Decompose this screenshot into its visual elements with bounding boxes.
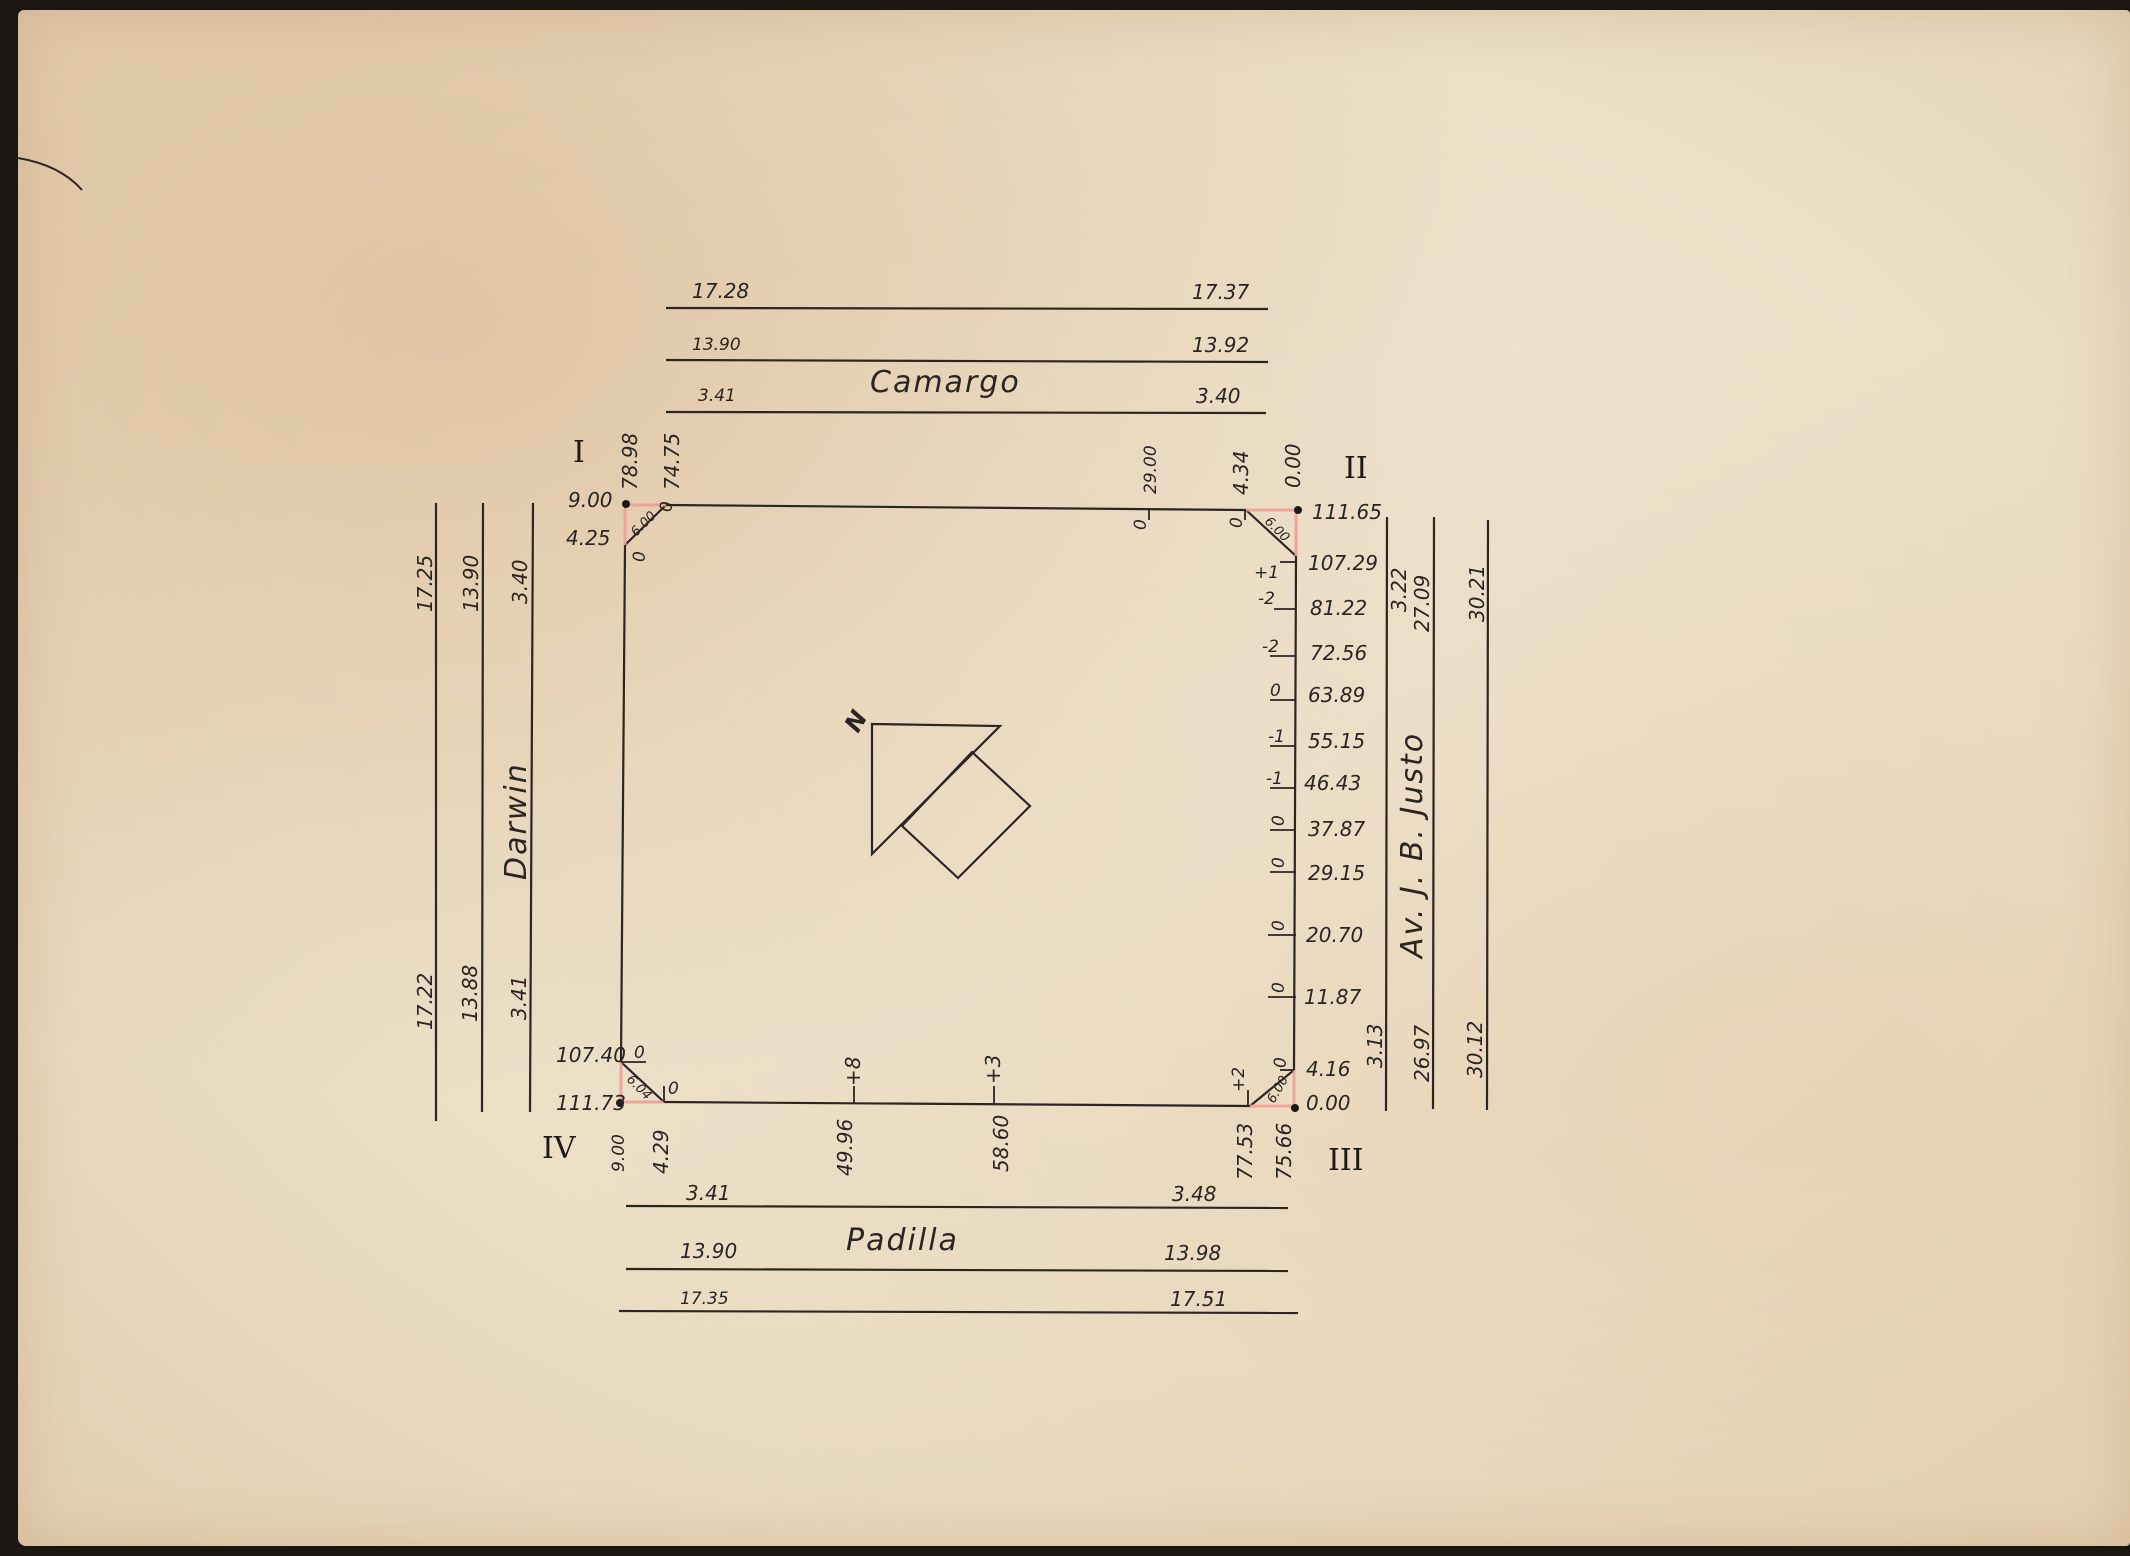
measure-label: 30.12 <box>1463 1021 1487 1078</box>
corner-label: IV <box>542 1131 577 1166</box>
north-arrow: N <box>839 706 1030 878</box>
offset-distance: 37.87 <box>1308 817 1366 841</box>
offset-value: 0 <box>1270 681 1281 701</box>
offset-value: -2 <box>1258 589 1275 609</box>
chamfer-label: 6.00 <box>1264 1073 1291 1106</box>
north-label: N <box>839 706 873 737</box>
corner-label: I <box>573 435 585 470</box>
measure-label: 3.41 <box>686 1181 731 1205</box>
tick-label: 0 <box>668 1079 679 1099</box>
measure-label: 3.22 <box>1387 567 1411 612</box>
offset-row: -2 72.56 <box>1262 637 1367 665</box>
measure-label: 17.28 <box>692 279 749 303</box>
chamfer-label: 6.00 <box>628 509 659 540</box>
offset-value: 0 <box>1269 982 1289 993</box>
measure-label: 74.75 <box>660 433 684 490</box>
measure-label: 9.00 <box>568 488 613 512</box>
offset-value: -2 <box>1262 637 1279 657</box>
measure-label: 4.25 <box>566 526 611 550</box>
measure-label: 75.66 <box>1272 1123 1296 1180</box>
street-name: Padilla <box>846 1223 959 1258</box>
measure-label: 13.98 <box>1164 1241 1221 1265</box>
measure-label: 13.90 <box>459 555 483 612</box>
block-outline <box>616 500 1302 1112</box>
measure-label: 4.34 <box>1229 450 1253 495</box>
offset-distance: 55.15 <box>1308 729 1365 753</box>
tick-label: 0 <box>1271 1057 1291 1068</box>
offset-distance: 72.56 <box>1310 641 1367 665</box>
measure-label: 0.00 <box>1281 443 1305 488</box>
measure-label: 27.09 <box>1410 575 1434 632</box>
tick-label: 0 <box>634 1043 645 1063</box>
tick-label: 0 <box>1131 519 1151 530</box>
measure-label: 107.40 <box>556 1043 626 1067</box>
measure-label: 3.13 <box>1363 1023 1387 1068</box>
street-line <box>666 412 1266 413</box>
measure-label: 9.00 <box>609 1134 629 1172</box>
corner-point-II <box>1294 506 1302 514</box>
pencil-mark <box>18 158 82 190</box>
offset-value: +8 <box>841 1057 865 1086</box>
offset-value: +1 <box>1254 563 1279 583</box>
street-line <box>619 1311 1298 1313</box>
measure-label: 78.98 <box>618 433 642 490</box>
measure-label: 17.37 <box>1192 280 1250 304</box>
offset-row: 0 37.87 <box>1269 815 1366 841</box>
measure-label: 4.29 <box>649 1129 673 1174</box>
measure-label: 17.25 <box>413 555 437 612</box>
offset-distance: 29.15 <box>1308 861 1365 885</box>
east-side-offsets: +1 -2 81.22 -2 72.56 0 63.89 -1 55.15 -1… <box>1254 562 1367 1009</box>
corner-label: III <box>1328 1143 1364 1178</box>
measure-label: 26.97 <box>1410 1024 1434 1082</box>
offset-distance: 58.60 <box>989 1115 1013 1172</box>
measure-label: 3.48 <box>1172 1182 1217 1206</box>
measure-label: 111.65 <box>1312 500 1382 524</box>
street-name: Av. J. B. Justo <box>1395 732 1430 960</box>
measure-label: 30.21 <box>1465 565 1489 622</box>
measure-label: 77.53 <box>1233 1123 1257 1180</box>
offset-row: 0 29.15 <box>1269 857 1365 885</box>
block-edge-east <box>1294 556 1296 1070</box>
street-name: Darwin <box>499 762 534 880</box>
corner-label: II <box>1344 451 1368 486</box>
offset-distance: 20.70 <box>1306 923 1363 947</box>
measure-label: 29.00 <box>1141 445 1161 494</box>
offset-value: 0 <box>1269 857 1289 868</box>
tick-label: 0 <box>1227 517 1247 528</box>
tick-label: 0 <box>657 501 677 512</box>
street-line <box>626 1206 1288 1208</box>
offset-row: +3 58.60 <box>981 1055 1013 1172</box>
measure-label: 111.73 <box>556 1091 626 1115</box>
street-camargo: 17.28 17.37 13.90 13.92 3.41 3.40 Camarg… <box>666 279 1268 413</box>
street-justo: 3.22 27.09 30.21 3.13 26.97 30.12 Av. J.… <box>1363 517 1489 1111</box>
offset-value: 0 <box>1269 920 1289 931</box>
tick-label: 0 <box>630 551 650 562</box>
offset-row: 0 20.70 <box>1268 920 1363 947</box>
street-name: Camargo <box>870 365 1021 400</box>
offset-distance: 49.96 <box>833 1119 857 1176</box>
offset-row: -2 81.22 <box>1258 589 1367 620</box>
offset-value: 0 <box>1269 815 1289 826</box>
offset-row: 0 63.89 <box>1270 681 1365 707</box>
corner-III: III 4.16 0.00 77.53 75.66 6.00 +2 0 <box>1229 1057 1364 1180</box>
measure-label: 17.35 <box>680 1289 729 1309</box>
offset-value: -1 <box>1268 727 1285 747</box>
offset-value: -1 <box>1266 769 1283 789</box>
block-edge-south <box>664 1102 1250 1106</box>
street-line <box>626 1269 1288 1271</box>
offset-row: -1 55.15 <box>1268 727 1365 753</box>
offset-distance: 46.43 <box>1304 771 1361 795</box>
measure-label: 13.92 <box>1192 333 1249 357</box>
offset-row: +8 49.96 <box>833 1057 865 1176</box>
offset-distance: 11.87 <box>1304 985 1362 1009</box>
measure-label: 3.40 <box>508 559 532 604</box>
street-padilla: 3.41 3.48 13.90 13.98 17.35 17.51 Padill… <box>619 1181 1298 1313</box>
measure-label: 3.40 <box>1196 384 1241 408</box>
measure-label: 0.00 <box>1306 1091 1351 1115</box>
street-line <box>666 360 1268 362</box>
south-side-offsets: +8 49.96 +3 58.60 <box>833 1055 1013 1176</box>
north-arrow-body <box>902 752 1030 878</box>
offset-value: +3 <box>981 1055 1005 1084</box>
measure-label: 4.16 <box>1306 1057 1351 1081</box>
survey-plan: 17.28 17.37 13.90 13.92 3.41 3.40 Camarg… <box>0 0 2130 1556</box>
offset-distance: 81.22 <box>1310 596 1367 620</box>
tick-label: +2 <box>1229 1067 1249 1092</box>
chamfer-label: 6.04 <box>623 1072 654 1103</box>
block-edge-west <box>621 545 625 1062</box>
street-darwin: 17.25 13.90 3.40 17.22 13.88 3.41 Darwin <box>413 503 534 1121</box>
offset-distance: 63.89 <box>1308 683 1365 707</box>
corner-point-III <box>1291 1104 1299 1112</box>
measure-label: 17.22 <box>413 973 437 1030</box>
corner-point-I <box>622 500 630 508</box>
measure-label: 3.41 <box>507 975 531 1020</box>
measure-label: 107.29 <box>1308 551 1378 575</box>
block-edge-north <box>666 505 1246 510</box>
measure-label: 13.88 <box>458 965 482 1022</box>
measure-label: 13.90 <box>680 1239 737 1263</box>
street-line <box>666 308 1268 309</box>
measure-label: 17.51 <box>1170 1287 1227 1311</box>
measure-label: 13.90 <box>692 335 741 355</box>
corner-IV: IV 107.40 111.73 9.00 4.29 6.04 0 0 <box>542 1043 679 1174</box>
chamfer-label: 6.00 <box>1261 514 1292 545</box>
measure-label: 3.41 <box>698 386 736 406</box>
offset-row: 0 11.87 <box>1268 982 1362 1009</box>
offset-row: -1 46.43 <box>1266 769 1361 795</box>
